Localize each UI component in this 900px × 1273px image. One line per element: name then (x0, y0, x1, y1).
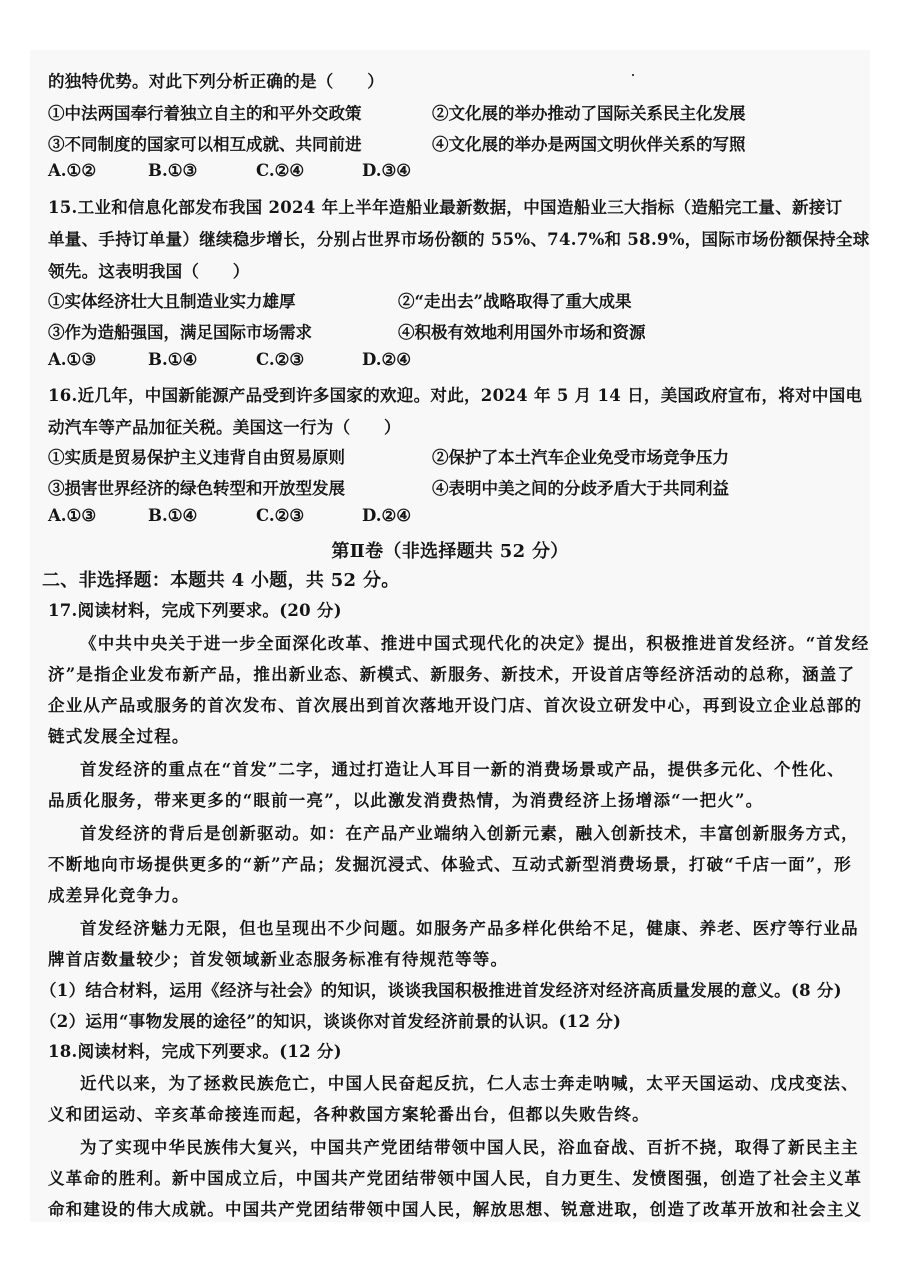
part2-title: 第Ⅱ卷（非选择题共 52 分） (0, 537, 900, 563)
q17-material-line-9: 成差异化竞争力。 (48, 882, 190, 906)
scan-speck (632, 74, 634, 76)
q16-option-2: ②保护了本土汽车企业免受市场竞争压力 (432, 444, 729, 468)
q14-choice-c: C.②④ (256, 161, 304, 180)
q15-stem-line-3: 领先。这表明我国（ ） (48, 258, 250, 282)
q15-choice-a: A.①③ (48, 350, 96, 369)
q18-material-line-4: 义革命的胜利。新中国成立后，中国共产党团结带领中国人民，自力更生、发愤图强，创造… (48, 1165, 862, 1189)
q14-choice-b: B.①③ (148, 161, 197, 180)
q14-choice-a: A.①② (48, 161, 96, 180)
q14-stem-end: 的独特优势。对此下列分析正确的是（ ） (48, 68, 384, 92)
q17-sub-question-2: （2）运用“事物发展的途径”的知识，谈谈你对首发经济前景的认识。(12 分) (40, 1008, 621, 1032)
q15-choice-c: C.②③ (256, 350, 304, 369)
q16-choice-c: C.②③ (256, 506, 304, 525)
q18-heading: 18.阅读材料，完成下列要求。(12 分) (48, 1038, 342, 1062)
q17-material-line-7: 首发经济的背后是创新驱动。如：在产品产业端纳入创新元素，融入创新技术，丰富创新服… (80, 820, 859, 844)
q15-stem-line-2: 单量、手持订单量）继续稳步增长，分别占世界市场份额的 55%、74.7%和 58… (48, 226, 870, 250)
q15-choice-d: D.②④ (362, 350, 411, 369)
q14-option-4: ④文化展的举办是两国文明伙伴关系的写照 (432, 131, 746, 155)
q14-option-2: ②文化展的举办推动了国际关系民主化发展 (432, 100, 746, 124)
q17-material-line-10: 首发经济魅力无限，但也呈现出不少问题。如服务产品多样化供给不足，健康、养老、医疗… (80, 915, 859, 939)
q16-option-1: ①实质是贸易保护主义违背自由贸易原则 (48, 444, 345, 468)
q17-material-line-11: 牌首店数量较少；首发领域新业态服务标准有待规范等等。 (48, 946, 508, 970)
q16-option-3: ③损害世界经济的绿色转型和开放型发展 (48, 475, 345, 499)
q15-stem-line-1: 15.工业和信息化部发布我国 2024 年上半年造船业最新数据，中国造船业三大指… (48, 194, 842, 218)
q15-choice-b: B.①④ (148, 350, 197, 369)
q17-material-line-2: 济”是指企业发布新产品，推出新业态、新模式、新服务、新技术，开设首店等经济活动的… (48, 661, 855, 685)
q18-material-line-2: 义和团运动、辛亥革命接连而起，各种救国方案轮番出台，但都以失败告终。 (48, 1101, 650, 1125)
q15-option-3: ③作为造船强国，满足国际市场需求 (48, 319, 312, 343)
q17-material-line-1: 《中共中央关于进一步全面深化改革、推进中国式现代化的决定》提出，积极推进首发经济… (80, 630, 870, 654)
q18-material-line-3: 为了实现中华民族伟大复兴，中国共产党团结带领中国人民，浴血奋战、百折不挠，取得了… (80, 1134, 859, 1158)
q14-option-3: ③不同制度的国家可以相互成就、共同前进 (48, 131, 362, 155)
q17-material-line-4: 链式发展全过程。 (48, 723, 190, 747)
q17-sub-question-1: （1）结合材料，运用《经济与社会》的知识，谈谈我国积极推进首发经济对经济高质量发… (40, 977, 842, 1001)
q18-material-line-1: 近代以来，为了拯救民族危亡，中国人民奋起反抗，仁人志士奔走呐喊，太平天国运动、戊… (80, 1070, 859, 1094)
q16-stem-line-2: 动汽车等产品加征关税。美国这一行为（ ） (48, 414, 401, 438)
q16-choice-d: D.②④ (362, 506, 411, 525)
q17-material-line-3: 企业从产品或服务的首次发布、首次展出到首次落地开设门店、首次设立研发中心，再到设… (48, 692, 862, 716)
q14-choice-d: D.③④ (362, 161, 411, 180)
q15-option-2: ②“走出去”战略取得了重大成果 (398, 288, 631, 312)
q16-option-4: ④表明中美之间的分歧矛盾大于共同利益 (432, 475, 729, 499)
q18-material-line-5: 命和建设的伟大成就。中国共产党团结带领中国人民，解放思想、锐意进取，创造了改革开… (48, 1196, 862, 1220)
q17-material-line-6: 品质化服务，带来更多的“眼前一亮”，以此激发消费热情，为消费经济上扬增添“一把火… (48, 787, 763, 811)
q17-heading: 17.阅读材料，完成下列要求。(20 分) (48, 597, 342, 621)
q16-choice-a: A.①③ (48, 506, 96, 525)
q16-stem-line-1: 16.近几年，中国新能源产品受到许多国家的欢迎。对此，2024 年 5 月 14… (48, 382, 862, 406)
q16-choice-b: B.①④ (148, 506, 197, 525)
q17-material-line-8: 不断地向市场提供更多的“新”产品；发掘沉浸式、体验式、互动式新型消费场景，打破“… (48, 851, 852, 875)
q15-option-4: ④积极有效地利用国外市场和资源 (398, 319, 646, 343)
q15-option-1: ①实体经济壮大且制造业实力雄厚 (48, 288, 296, 312)
q14-option-1: ①中法两国奉行着独立自主的和平外交政策 (48, 100, 362, 124)
q17-material-line-5: 首发经济的重点在“首发”二字，通过打造让人耳目一新的消费场景或产品，提供多元化、… (80, 756, 845, 780)
section2-heading: 二、非选择题：本题共 4 小题，共 52 分。 (42, 566, 400, 592)
